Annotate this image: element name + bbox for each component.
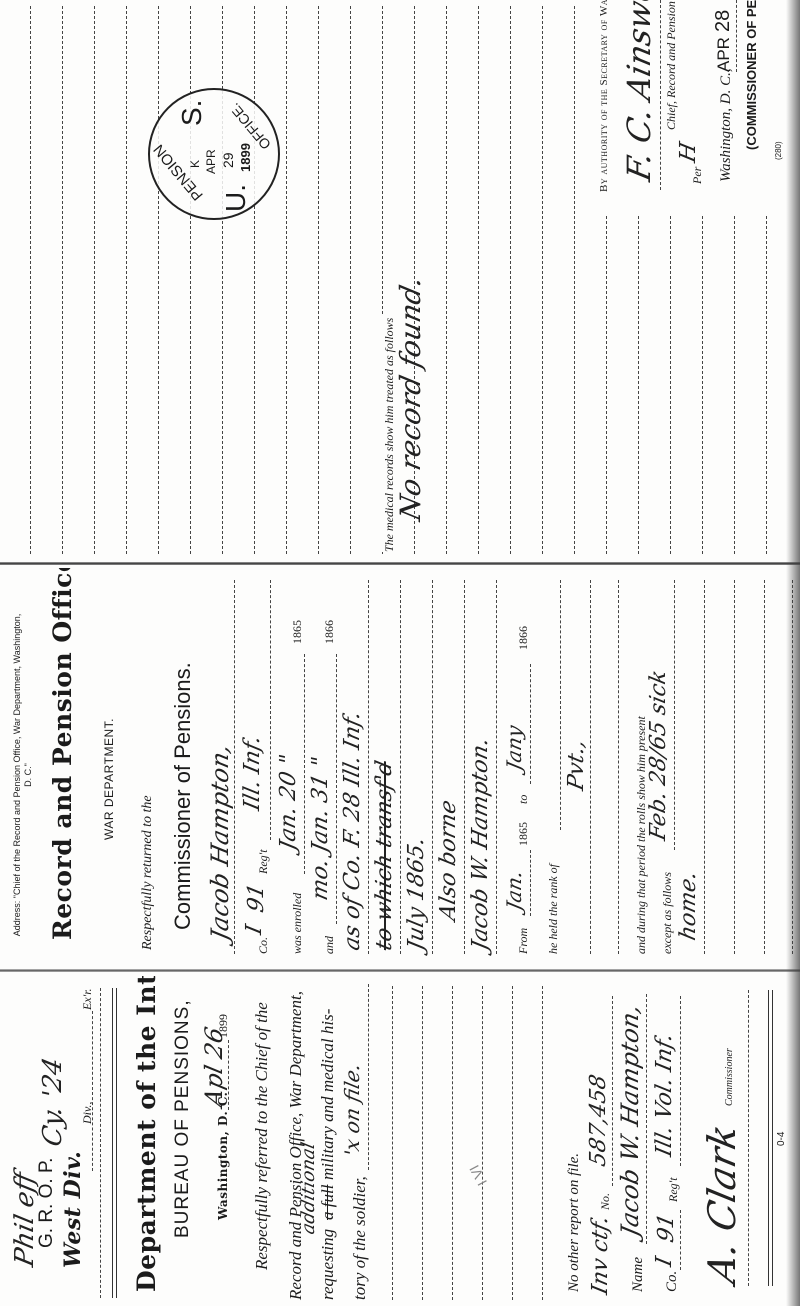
ruled-line [158, 6, 159, 554]
handwritten-initials: Phil eff [10, 1170, 40, 1269]
per-label: Per [690, 167, 705, 184]
referral-line-3-suffix: military and medical his- [318, 1009, 338, 1180]
war-department-label: WAR DEPARTMENT. [102, 718, 116, 840]
examiner-signature: A. Clark [700, 1121, 744, 1287]
co-label: Co. [664, 1271, 681, 1292]
interior-department-panel: G. R. O. P. West Div. Phil eff Cy. '24 D… [0, 976, 800, 1306]
certificate-prefix: Inv ctf. [588, 1214, 613, 1297]
and-label: and [322, 936, 337, 954]
stamp-day: 29 [220, 152, 236, 168]
stamp-u: U. [220, 184, 252, 212]
transfer-note-2: to which transf'd [372, 759, 397, 953]
to-label: to [516, 795, 531, 804]
request-year: 1899 [216, 1014, 231, 1038]
form-number: (280) [774, 141, 783, 160]
fold-line [0, 969, 800, 972]
referral-line-1: Respectfully referred to the Chief of th… [252, 1002, 272, 1270]
pension-record-document: G. R. O. P. West Div. Phil eff Cy. '24 D… [0, 0, 800, 1306]
mustered-value: mo. Jan. 31 " [308, 754, 333, 902]
department-title: Department of the Interior, [132, 976, 161, 1292]
div-suffix: Div., [80, 1102, 95, 1124]
chief-signature: F. C. Ainsworth [620, 0, 658, 184]
authority-label: By authority of the Secretary of War: [598, 0, 610, 192]
received-stamp-faint: I VI [466, 1162, 490, 1188]
ruled-line [574, 6, 575, 554]
date-month: APR [714, 37, 734, 72]
from-value: Jan. [502, 868, 526, 912]
regiment-value: Ill. Inf. [240, 733, 265, 812]
record-pension-office-panel: Address: "Chief of the Record and Pensio… [0, 568, 800, 960]
ruled-line [254, 6, 255, 554]
no-other-report: No other report on file. [566, 1153, 583, 1292]
ruled-line [94, 6, 95, 554]
ruled-line [542, 6, 543, 554]
exr-suffix: Ex'r. [80, 988, 95, 1010]
transfer-note-1: as of Co. F. 28 Ill. Inf. [340, 709, 365, 953]
rank-label: he held the rank of [546, 864, 561, 954]
certificate-number: 587,458 [586, 1072, 611, 1168]
commissioner-line: (COMMISSIONER OF PENSIONS.) [744, 0, 759, 150]
regiment-number: 91 [654, 1211, 679, 1244]
examiner-subtitle: Commissioner [724, 1048, 735, 1106]
rank-value: Pvt., [564, 737, 589, 792]
regiment-value: Ill. Vol. Inf. [652, 1031, 677, 1158]
stamp-s: S. [176, 100, 208, 126]
from-year: 1865 [516, 822, 531, 846]
to-year: 1866 [516, 626, 531, 650]
inserted-word: additional [298, 1140, 319, 1236]
struck-word: a full [318, 1185, 338, 1220]
from-label: From [516, 928, 531, 954]
pension-office-stamp: PENSION K APR 29 1899 U. S. OFFICE. [148, 88, 280, 220]
alias-label: Also borne [436, 798, 461, 923]
rolls-value: Feb. 28/65 sick [646, 668, 671, 843]
washington-label: Washington, D. C. [216, 1092, 230, 1220]
name-label: Name [630, 1257, 647, 1292]
stamp-year: 1899 [238, 143, 253, 172]
ruled-line [286, 6, 287, 554]
page-edge-shadow [786, 0, 800, 1306]
ruled-line [126, 6, 127, 554]
mustered-year: 1866 [322, 620, 337, 644]
soldier-name: Jacob W. Hampton, [616, 1002, 644, 1239]
ruled-line [510, 6, 511, 554]
company-value: I [242, 923, 267, 937]
fold-line [0, 562, 800, 565]
ruled-line [62, 6, 63, 554]
ruled-line [446, 6, 447, 554]
soldier-file-note: 'x on file. [340, 1061, 364, 1158]
enrolled-value: Jan. 20 " [276, 752, 301, 853]
stamp-month: APR [204, 149, 218, 174]
regt-label: Reg't [666, 1177, 681, 1202]
enrolled-year: 1865 [290, 620, 305, 644]
co-label: Co. [256, 937, 271, 954]
address-note: Address: "Chief of the Record and Pensio… [12, 610, 34, 940]
washington-label: Washington, D. C., [718, 68, 735, 182]
bureau-label: BUREAU OF PENSIONS, [172, 999, 194, 1238]
division-label: West Div. [60, 1151, 86, 1268]
ruled-line [350, 6, 351, 554]
company-value: I [652, 1255, 677, 1269]
ruled-line [30, 6, 31, 554]
rolls-value-2: home. [676, 869, 701, 943]
chief-title: Chief, Record and Pension Of [664, 0, 679, 130]
transfer-note-3: July 1865. [404, 835, 429, 953]
regt-label: Reg't [256, 849, 271, 874]
referral-line-3-prefix: requesting [318, 1229, 338, 1300]
handwritten-code: Cy. '24 [38, 1055, 68, 1149]
no-label: No. [598, 1193, 613, 1210]
commissioner-label: Commissioner of Pensions. [170, 662, 196, 930]
alias-value: Jacob W. Hampton. [468, 736, 493, 953]
medical-authority-panel: The medical records show him treated as … [0, 0, 800, 560]
office-title: Record and Pension Office, [48, 568, 77, 940]
regiment-number: 91 [244, 881, 269, 914]
date-day: 28 [712, 10, 735, 32]
to-value: Jany [502, 723, 526, 772]
ruled-line [190, 6, 191, 554]
ruled-line [478, 6, 479, 554]
soldier-name: Jacob Hampton, [206, 742, 234, 943]
enrolled-label: was enrolled [290, 893, 305, 954]
returned-to-label: Respectfully returned to the [140, 795, 156, 950]
referral-line-4: tory of the soldier, [350, 1176, 370, 1300]
stamp-letter: K [188, 160, 202, 168]
rolls-line-2-prefix: except as follows [660, 872, 675, 954]
medical-records-value: No record found. [394, 273, 427, 523]
ruled-line [318, 6, 319, 554]
